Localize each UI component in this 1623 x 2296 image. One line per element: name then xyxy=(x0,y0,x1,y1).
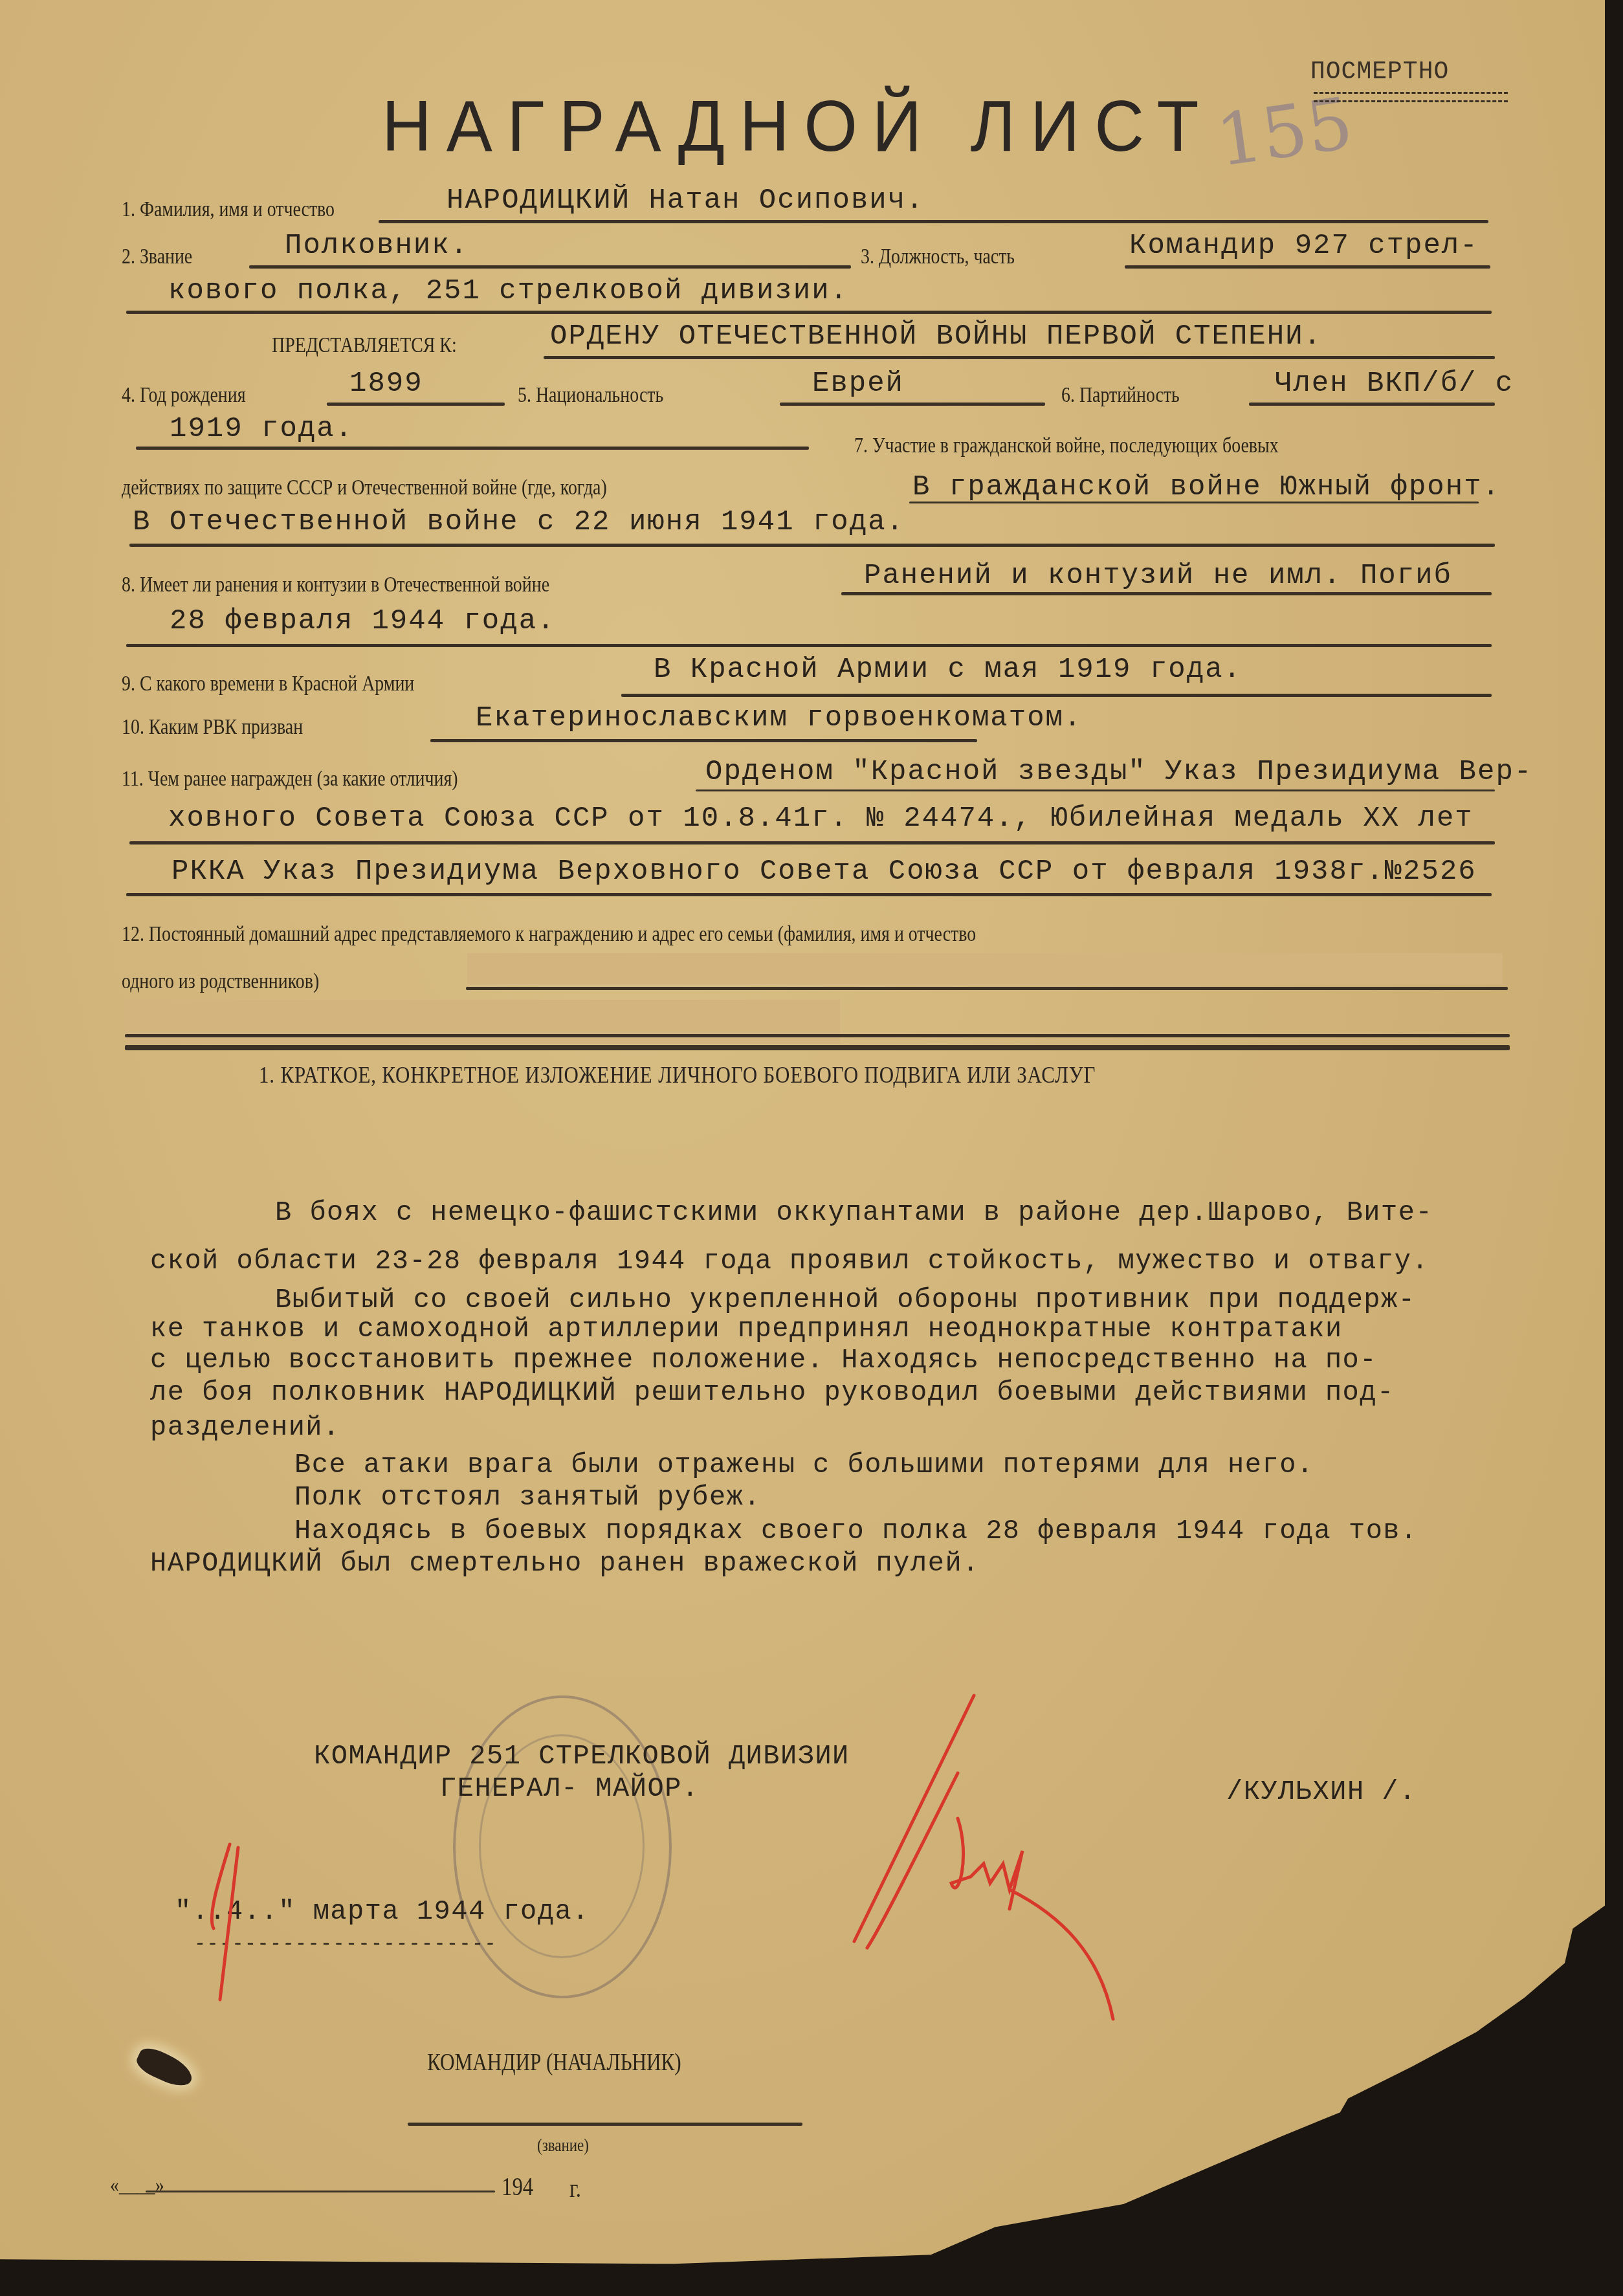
field-6-value-1: Член ВКП/б/ с xyxy=(1275,368,1514,400)
field-2-rule xyxy=(249,265,851,269)
feat-heading: 1. КРАТКОЕ, КОНКРЕТНОЕ ИЗЛОЖЕНИЕ ЛИЧНОГО… xyxy=(259,1061,1096,1088)
field-2-value: Полковник. xyxy=(285,230,469,262)
field-9-rule xyxy=(621,694,1492,697)
field-4-value: 1899 xyxy=(349,368,423,400)
field-3-label: 3. Должность, часть xyxy=(861,245,1015,269)
field-7-label-1: 7. Участие в гражданской войне, последую… xyxy=(854,434,1279,458)
field-6-rule-2 xyxy=(136,447,809,450)
field-9-label: 9. С какого времени в Красной Армии xyxy=(122,672,414,696)
feat-line: ской области 23-28 февраля 1944 года про… xyxy=(150,1246,1429,1277)
field-5-label: 5. Национальность xyxy=(518,383,663,408)
award-value: ОРДЕНУ ОТЕЧЕСТВЕННОЙ ВОЙНЫ ПЕРВОЙ СТЕПЕН… xyxy=(550,320,1322,353)
field-11-label: 11. Чем ранее награжден (за какие отличи… xyxy=(122,767,458,791)
field-11-rule-2 xyxy=(129,841,1495,844)
posthumous-underline xyxy=(1314,92,1508,102)
field-8-label: 8. Имеет ли ранения и контузии в Отечест… xyxy=(122,573,549,597)
award-rule xyxy=(544,356,1495,359)
field-7-label-2: действиях по защите СССР и Отечественной… xyxy=(122,476,607,500)
rank-rule xyxy=(408,2123,802,2126)
field-8-value-1: Ранений и контузий не имл. Погиб xyxy=(864,560,1452,592)
feat-line: ле боя полковник НАРОДИЦКИЙ решительно р… xyxy=(150,1377,1395,1408)
signature-date: "..4.." марта 1944 года. xyxy=(175,1896,590,1927)
signature-date-rule: ------------------------ xyxy=(194,1934,497,1956)
field-10-value: Екатеринославским горвоенкоматом. xyxy=(476,702,1082,734)
field-11-rule-3 xyxy=(126,893,1492,896)
field-7-rule-2 xyxy=(129,544,1495,547)
rank-caption: (звание) xyxy=(537,2136,589,2156)
date-prefix: «____» xyxy=(110,2173,164,2198)
field-1-value: НАРОДИЦКИЙ Натан Осипович. xyxy=(447,184,925,217)
feat-line: разделений. xyxy=(150,1412,340,1443)
field-4-rule xyxy=(327,403,505,406)
feat-line: Находясь в боевых порядках своего полка … xyxy=(294,1516,1418,1547)
field-6-rule xyxy=(1249,403,1495,406)
field-9-value: В Красной Армии с мая 1919 года. xyxy=(654,654,1242,686)
posthumous-mark: ПОСМЕРТНО xyxy=(1310,58,1449,86)
field-10-label: 10. Каким РВК призван xyxy=(122,715,303,740)
field-11-value-1: Орденом "Красной звезды" Указ Президиума… xyxy=(705,756,1532,788)
field-11-rule-1 xyxy=(696,789,1495,791)
field-1-label: 1. Фамилия, имя и отчество xyxy=(122,197,335,222)
feat-line: В боях с немецко-фашистскими оккупантами… xyxy=(275,1197,1433,1228)
field-3-value-1: Командир 927 стрел- xyxy=(1129,230,1479,262)
feat-line: НАРОДИЦКИЙ был смертельно ранен вражеско… xyxy=(150,1548,980,1579)
field-8-rule-2 xyxy=(126,644,1492,647)
field-12-rule-2 xyxy=(125,1034,1510,1037)
redacted-address-1 xyxy=(467,953,1503,984)
feat-line: Выбитый со своей сильно укрепленной обор… xyxy=(275,1285,1415,1316)
year-suffix: г. xyxy=(569,2173,581,2203)
field-12-label-2: одного из родственников) xyxy=(122,969,319,994)
feat-line: Все атаки врага были отражены с большими… xyxy=(294,1450,1314,1481)
field-1-rule xyxy=(379,220,1488,223)
date-rule xyxy=(146,2191,495,2192)
field-5-rule xyxy=(780,403,1045,406)
signer-position: КОМАНДИР 251 СТРЕЛКОВОЙ ДИВИЗИИ xyxy=(314,1741,850,1772)
commander-label: КОМАНДИР (НАЧАЛЬНИК) xyxy=(427,2048,681,2077)
field-11-value-2: ховного Совета Союза ССР от 10.8.41г. № … xyxy=(168,802,1474,835)
section-divider xyxy=(125,1045,1510,1050)
document-title: НАГРАДНОЙ ЛИСТ xyxy=(382,84,1213,168)
field-5-value: Еврей xyxy=(812,368,904,400)
field-4-label: 4. Год рождения xyxy=(122,383,246,408)
field-11-value-3: РККА Указ Президиума Верховного Совета С… xyxy=(171,855,1477,888)
field-3-value-2: кового полка, 251 стрелковой дивизии. xyxy=(168,275,848,307)
signer-rank: ГЕНЕРАЛ- МАЙОР. xyxy=(440,1773,700,1804)
field-8-rule-1 xyxy=(841,592,1492,595)
field-2-label: 2. Звание xyxy=(122,245,192,269)
field-3-rule-2 xyxy=(126,311,1492,314)
feat-line: ке танков и самоходной артиллерии предпр… xyxy=(150,1314,1343,1345)
year-prefix: 194 xyxy=(502,2171,533,2202)
signer-name: /КУЛЬХИН /. xyxy=(1226,1776,1417,1807)
field-10-rule xyxy=(430,739,977,742)
field-6-value-2: 1919 года. xyxy=(170,413,353,445)
field-12-label-1: 12. Постоянный домашний адрес представля… xyxy=(122,922,976,947)
field-12-rule-1 xyxy=(466,987,1508,990)
field-8-value-2: 28 февраля 1944 года. xyxy=(170,605,556,637)
field-3-rule-1 xyxy=(1125,265,1490,269)
field-7-value-2: В Отечественной войне с 22 июня 1941 год… xyxy=(133,506,905,538)
field-7-rule-1 xyxy=(909,502,1479,503)
feat-line: с целью восстановить прежнее положение. … xyxy=(150,1345,1377,1376)
field-7-value-1: В гражданской войне Южный фронт. xyxy=(912,471,1501,503)
field-6-label: 6. Партийность xyxy=(1061,383,1180,408)
feat-line: Полк отстоял занятый рубеж. xyxy=(294,1482,761,1513)
award-label: ПРЕДСТАВЛЯЕТСЯ К: xyxy=(272,333,457,358)
